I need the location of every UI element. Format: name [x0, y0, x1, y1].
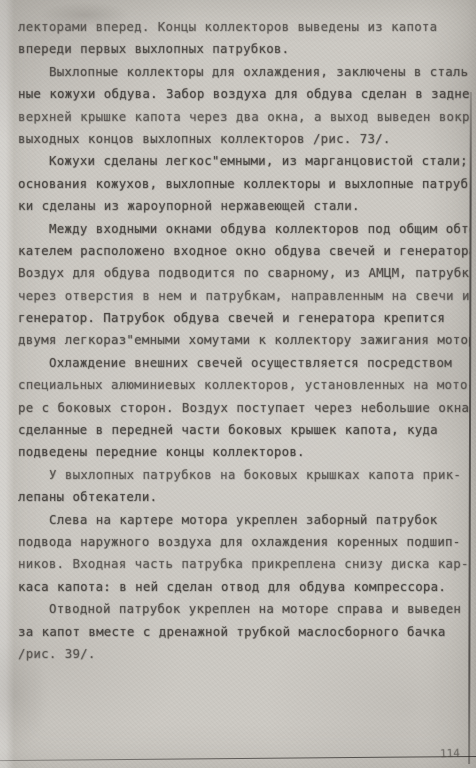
text-line: ре с боковых сторон. Воздух поступает че… [18, 397, 470, 419]
text-line: за капот вместе с дренажной трубкой масл… [18, 621, 470, 643]
typewritten-text-block: лекторами вперед. Концы коллекторов выве… [18, 16, 470, 665]
text-line: Между входными окнами обдува коллекторов… [18, 218, 470, 240]
text-line: подвода наружного воздуха для охлаждения… [18, 531, 470, 553]
text-line: /рис. 39/. [18, 643, 470, 665]
text-line: генератор. Патрубок обдува свечей и гене… [18, 307, 470, 329]
text-line: лекторами вперед. Концы коллекторов выве… [18, 16, 470, 38]
text-line: выходных концов выхлопных коллекторов /р… [18, 128, 470, 150]
text-line: через отверстия в нем и патрубкам, напра… [18, 285, 470, 307]
text-line: верхней крышке капота через два окна, а … [18, 106, 470, 128]
text-line: Отводной патрубок укреплен на моторе спр… [18, 598, 470, 620]
text-line: впереди первых выхлопных патрубков. [18, 38, 470, 60]
text-line: основания кожухов, выхлопные коллекторы … [18, 173, 470, 195]
text-line: Воздух для обдува подводится по сварному… [18, 262, 470, 284]
text-line: Выхлопные коллекторы для охлаждения, зак… [18, 61, 470, 83]
page-number: 114 [440, 747, 460, 761]
text-line: кателем расположено входное окно обдува … [18, 240, 470, 262]
text-line: Кожухи сделаны легкос"емными, из марганц… [18, 150, 470, 172]
text-line: каса капота: в ней сделан отвод для обду… [18, 576, 470, 598]
text-line: сделанные в передней части боковых крыше… [18, 419, 470, 441]
page-edge-line-bottom [0, 756, 476, 762]
text-line: Слева на картере мотора укреплен заборны… [18, 509, 470, 531]
text-line: Охлаждение внешних свечей осуществляется… [18, 352, 470, 374]
text-line: ников. Входная часть патрубка прикреплен… [18, 553, 470, 575]
text-line: подведены передние концы коллекторов. [18, 441, 470, 463]
text-line: ки сделаны из жароупорной нержавеющей ст… [18, 195, 470, 217]
text-line: лепаны обтекатели. [18, 486, 470, 508]
text-line: У выхлопных патрубков на боковых крышках… [18, 464, 470, 486]
text-line: специальных алюминиевых коллекторов, уст… [18, 374, 470, 396]
text-line: двумя легкораз"емными хомутами к коллект… [18, 329, 470, 351]
scanned-document-page: лекторами вперед. Концы коллекторов выве… [0, 0, 476, 768]
text-line: ные кожухи обдува. Забор воздуха для обд… [18, 83, 470, 105]
